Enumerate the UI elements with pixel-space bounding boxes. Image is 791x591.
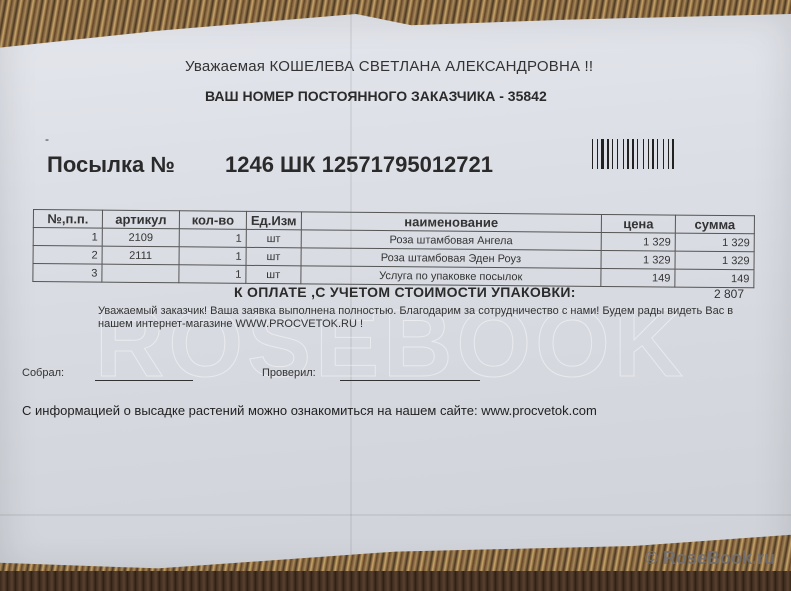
total-value: 2 807 xyxy=(714,287,744,301)
row-sum: 149 xyxy=(675,269,754,288)
customer-greeting: Уважаемая КОШЕЛЕВА СВЕТЛАНА АЛЕКСАНДРОВН… xyxy=(185,58,593,75)
total-label: К ОПЛАТЕ ,С УЧЕТОМ СТОИМОСТИ УПАКОВКИ: xyxy=(234,284,576,300)
row-price: 149 xyxy=(601,268,675,287)
column-header: Ед.Изм xyxy=(246,211,301,229)
row-unit: шт xyxy=(246,229,301,247)
row-unit: шт xyxy=(246,265,301,283)
row-quantity: 1 xyxy=(179,229,246,248)
column-header: цена xyxy=(601,214,675,233)
copyright-watermark: © RoseBook.ru xyxy=(645,548,775,569)
carpet-background xyxy=(0,571,791,591)
row-number: 2 xyxy=(33,246,102,265)
invoice-paper: ROSEBOOK Уважаемая КОШЕЛЕВА СВЕТЛАНА АЛЕ… xyxy=(0,14,791,574)
dash-mark: - xyxy=(45,132,49,146)
row-article xyxy=(102,264,179,283)
row-price: 1 329 xyxy=(601,232,675,251)
row-quantity: 1 xyxy=(179,247,246,266)
row-article: 2109 xyxy=(102,228,179,247)
column-header: сумма xyxy=(675,215,754,234)
thank-you-message: Уважаемый заказчик! Ваша заявка выполнен… xyxy=(98,305,768,331)
parcel-number: 1246 ШК 12571795012721 xyxy=(225,152,493,178)
row-quantity: 1 xyxy=(179,265,246,284)
planting-info-text: С информацией о высадке растений можно о… xyxy=(22,403,597,418)
parcel-label: Посылка № xyxy=(47,152,175,178)
row-unit: шт xyxy=(246,247,301,265)
checked-by-label: Проверил: xyxy=(262,367,316,379)
checked-by-signature-line xyxy=(340,380,480,381)
row-number: 3 xyxy=(33,264,102,283)
row-article: 2111 xyxy=(102,246,179,265)
column-header: кол-во xyxy=(179,211,246,230)
row-sum: 1 329 xyxy=(675,251,754,270)
collected-by-signature-line xyxy=(95,380,193,381)
items-table: №,п.п. артикул кол-во Ед.Изм наименовани… xyxy=(32,209,755,288)
customer-number: ВАШ НОМЕР ПОСТОЯННОГО ЗАКАЗЧИКА - 35842 xyxy=(205,88,547,104)
column-header: артикул xyxy=(102,210,179,229)
row-price: 1 329 xyxy=(601,250,675,269)
row-sum: 1 329 xyxy=(675,233,754,252)
collected-by-label: Собрал: xyxy=(22,367,64,379)
column-header: №,п.п. xyxy=(33,210,102,229)
row-number: 1 xyxy=(33,228,102,247)
barcode-icon xyxy=(592,139,694,169)
